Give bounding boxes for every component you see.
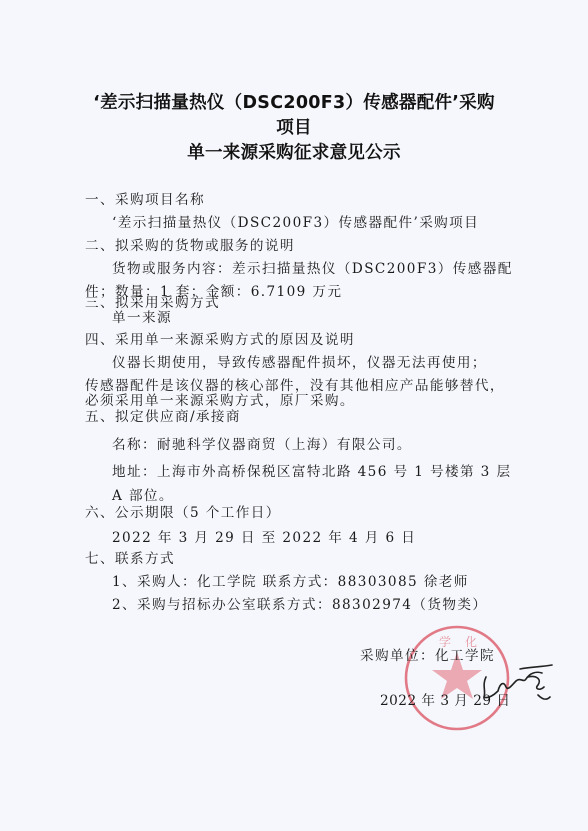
section-5-heading: 五、拟定供应商/承接商 — [85, 405, 241, 425]
supplier-name: 名称：耐驰科学仪器商贸（上海）有限公司。 — [112, 433, 412, 453]
supplier-address-1: 地址：上海市外高桥保税区富特北路 456 号 1 号楼第 3 层 — [112, 460, 511, 480]
section-2-text-1: 货物或服务内容：差示扫描量热仪（DSC200F3）传感器配 — [112, 257, 513, 277]
section-3-text: 单一来源 — [112, 306, 172, 326]
document-title-line2: 项目 — [0, 114, 588, 139]
publicity-period: 2022 年 3 月 29 日 至 2022 年 4 月 6 日 — [112, 526, 416, 546]
document-title-line1: ‘差示扫描量热仪（DSC200F3）传感器配件’采购 — [0, 89, 588, 114]
section-4-heading: 四、采用单一来源采购方式的原因及说明 — [85, 328, 355, 348]
section-4-text-1: 仪器长期使用，导致传感器配件损坏，仪器无法再使用； — [112, 351, 487, 371]
section-6-heading: 六、公示期限（5 个工作日） — [85, 501, 281, 521]
document-subtitle: 单一来源采购征求意见公示 — [0, 139, 588, 164]
section-1-text: ‘差示扫描量热仪（DSC200F3）传感器配件’采购项目 — [112, 211, 479, 231]
section-1-heading: 一、采购项目名称 — [85, 188, 205, 208]
document-page: ‘差示扫描量热仪（DSC200F3）传感器配件’采购 项目 单一来源采购征求意见… — [0, 0, 588, 831]
purchasing-unit: 采购单位：化工学院 — [360, 644, 495, 664]
section-2-heading: 二、拟采购的货物或服务的说明 — [85, 234, 295, 254]
handwritten-signature-icon — [480, 655, 560, 715]
contact-purchaser: 1、采购人：化工学院 联系方式：88303085 徐老师 — [112, 570, 469, 590]
contact-procurement-office: 2、采购与招标办公室联系方式：88302974（货物类） — [112, 593, 487, 613]
section-7-heading: 七、联系方式 — [85, 547, 175, 567]
